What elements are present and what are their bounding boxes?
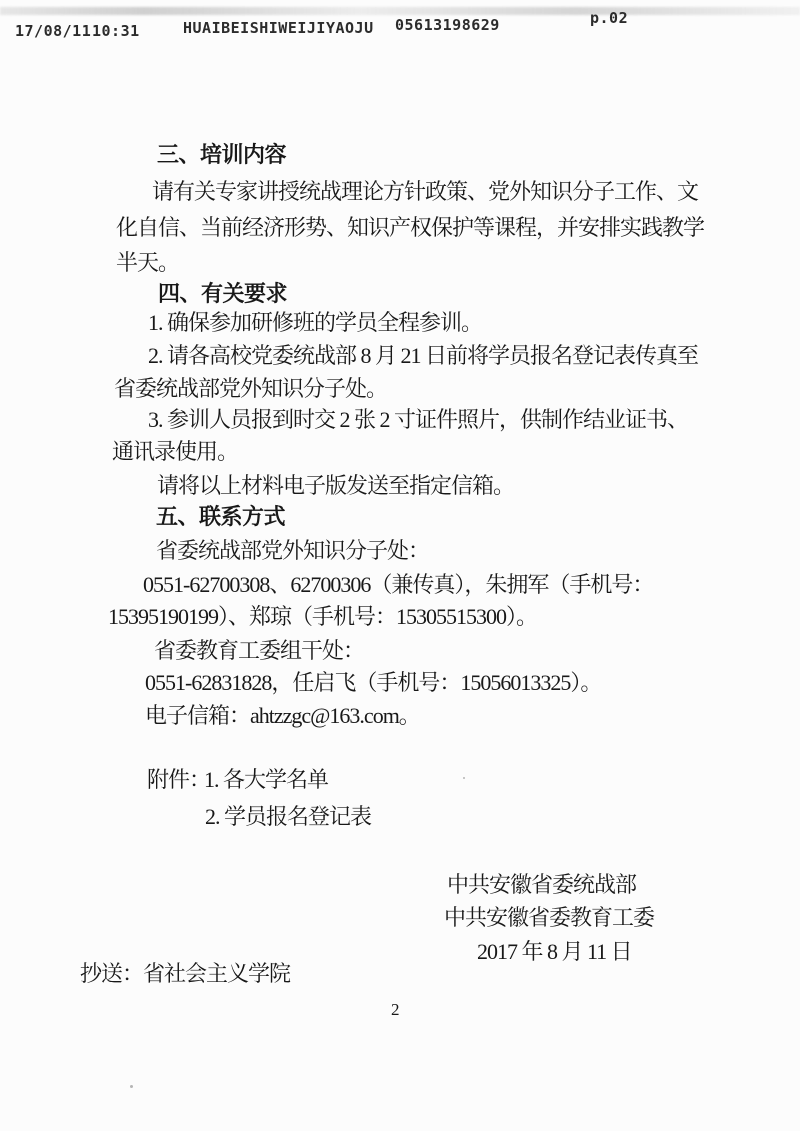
paragraph-line: 通讯录使用。 <box>112 441 238 463</box>
contact-phone-line: 15395190199）、郑琼（手机号：15305515300）。 <box>108 606 537 628</box>
fax-document-page: 17/08/11 10:31 HUAIBEISHIWEIJIYAOJU 0561… <box>0 0 800 1131</box>
signature-org-1: 中共安徽省委统战部 <box>447 874 636 896</box>
signature-date: 2017 年 8 月 11 日 <box>477 941 632 963</box>
list-item-line: 2. 请各高校党委统战部 8 月 21 日前将学员报名登记表传真至 <box>148 345 698 367</box>
fax-sender-id: HUAIBEISHIWEIJIYAOJU <box>183 19 374 37</box>
section-heading-4: 四、有关要求 <box>158 283 287 305</box>
contact-phone-line: 0551-62831828，任启飞（手机号：15056013325）。 <box>145 672 601 694</box>
section-heading-5: 五、联系方式 <box>156 506 285 528</box>
paragraph-line: 请有关专家讲授统战理论方针政策、党外知识分子工作、文 <box>152 181 698 203</box>
attachment-item-2: 2. 学员报名登记表 <box>205 806 371 828</box>
fax-date: 17/08/11 <box>15 22 91 40</box>
fax-time: 10:31 <box>92 22 140 40</box>
section-heading-3: 三、培训内容 <box>157 144 286 166</box>
scan-speck <box>463 777 465 779</box>
list-item-line: 1. 确保参加研修班的学员全程参训。 <box>148 312 482 334</box>
page-number: 2 <box>391 1001 400 1018</box>
scan-artifact-band <box>0 7 800 15</box>
contact-email-line: 电子信箱：ahtzzgc@163.com。 <box>145 705 420 727</box>
attachment-item-1: 1. 各大学名单 <box>204 769 328 791</box>
paragraph-line: 省委统战部党外知识分子处。 <box>114 378 387 400</box>
attachment-label: 附件： <box>147 769 210 791</box>
cc-line: 抄送：省社会主义学院 <box>80 963 290 985</box>
fax-number: 05613198629 <box>395 16 500 34</box>
paragraph-line: 化自信、当前经济形势、知识产权保护等课程，并安排实践教学 <box>116 217 704 239</box>
list-item-line: 3. 参训人员报到时交 2 张 2 寸证件照片，供制作结业证书、 <box>148 409 688 431</box>
scan-speck <box>130 1085 133 1088</box>
contact-phone-line: 0551-62700308、62700306（兼传真），朱拥军（手机号： <box>143 574 653 596</box>
contact-dept-line: 省委教育工委组干处： <box>154 640 364 662</box>
paragraph-line: 半天。 <box>116 252 179 274</box>
signature-org-2: 中共安徽省委教育工委 <box>444 907 654 929</box>
paragraph-line: 请将以上材料电子版发送至指定信箱。 <box>157 475 514 497</box>
contact-dept-line: 省委统战部党外知识分子处： <box>156 540 429 562</box>
fax-page-label: p.02 <box>590 9 628 27</box>
